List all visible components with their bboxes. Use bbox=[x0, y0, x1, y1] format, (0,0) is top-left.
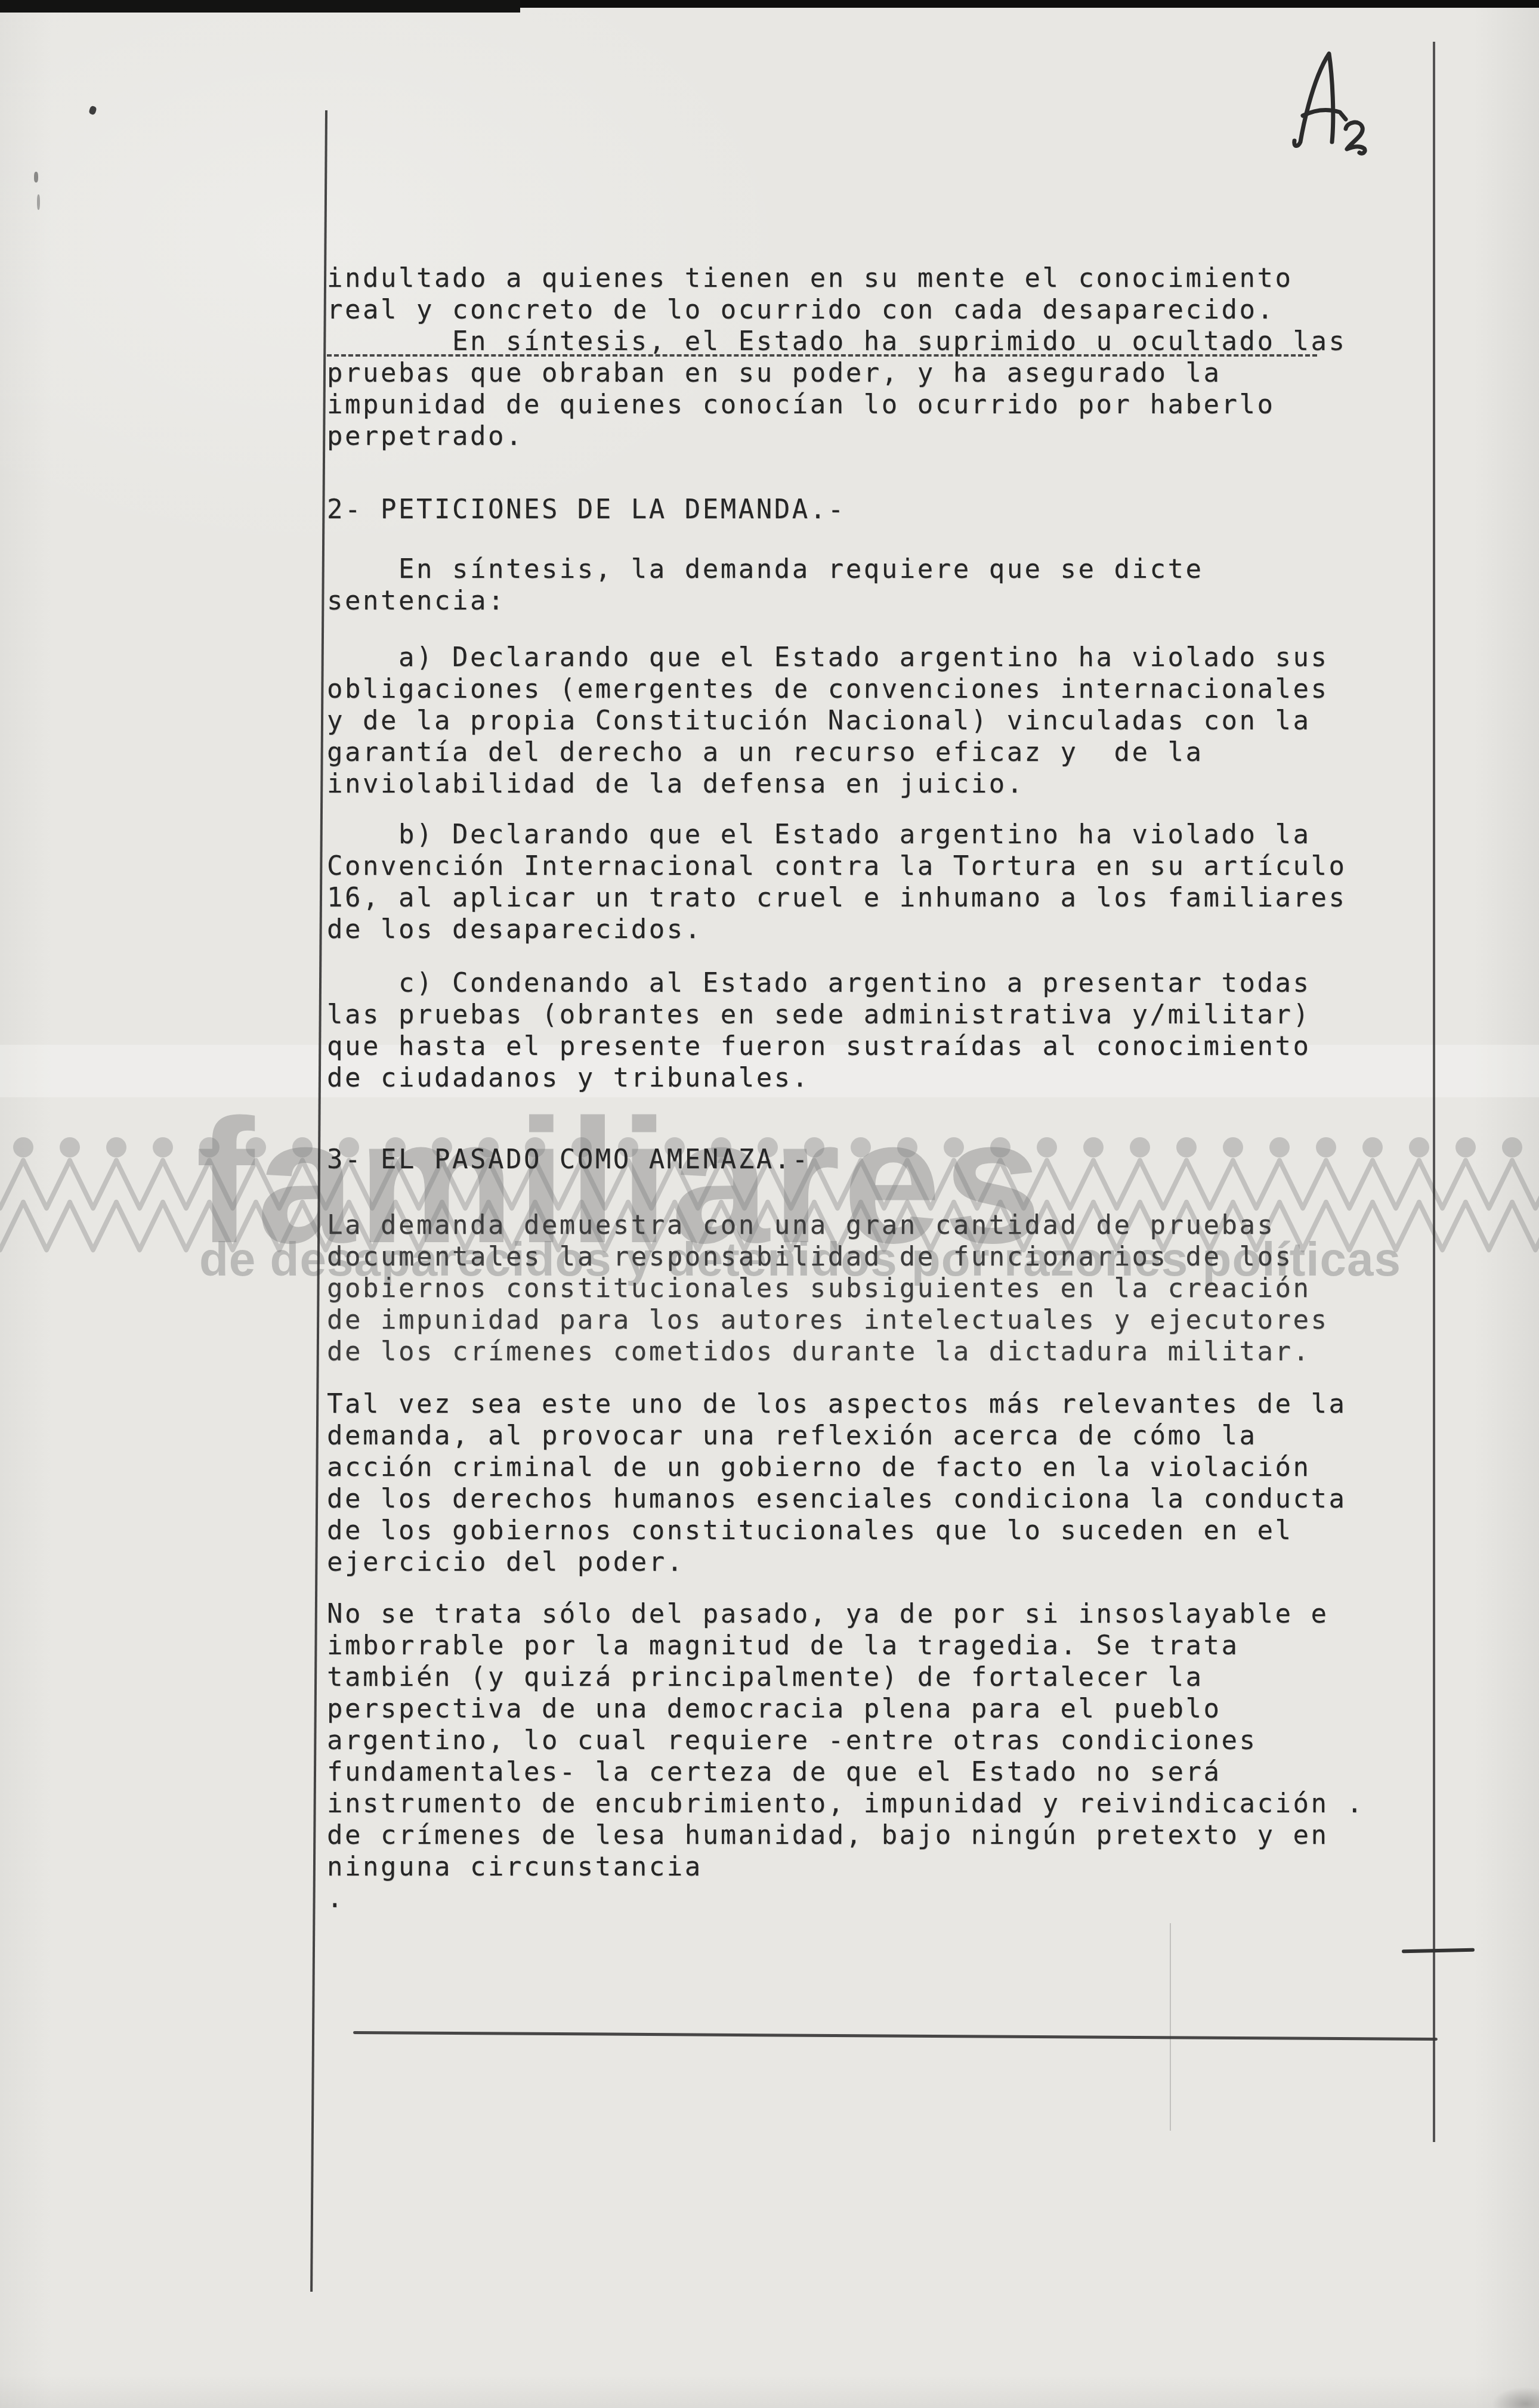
ink-speck bbox=[34, 172, 38, 182]
text-line: imborrable por la magnitud de la tragedi… bbox=[327, 1630, 1364, 1661]
paragraph-item-c: c) Condenando al Estado argentino a pres… bbox=[327, 967, 1311, 1094]
handwritten-mark-a2: A2 bbox=[1277, 47, 1408, 160]
text-line: . bbox=[327, 1883, 1364, 1914]
text-line: de los crímenes cometidos durante la dic… bbox=[327, 1336, 1328, 1367]
ink-speck bbox=[37, 194, 40, 210]
text-line: obligaciones (emergentes de convenciones… bbox=[327, 673, 1328, 705]
text-line: a) Declarando que el Estado argentino ha… bbox=[327, 642, 1328, 673]
text-line: ninguna circunstancia bbox=[327, 1851, 1364, 1883]
text-line: y de la propia Constitución Nacional) vi… bbox=[327, 705, 1328, 736]
text-line: de los desaparecidos. bbox=[327, 914, 1346, 945]
text-line: gobiernos constitucionales subsiguientes… bbox=[327, 1273, 1328, 1304]
text-line: de los derechos humanos esenciales condi… bbox=[327, 1483, 1346, 1515]
text-line: documentales la responsabilidad de funci… bbox=[327, 1241, 1328, 1273]
text-line: real y concreto de lo ocurrido con cada … bbox=[327, 294, 1346, 326]
text-line: inviolabilidad de la defensa en juicio. bbox=[327, 768, 1328, 800]
closing-rule bbox=[353, 2031, 1438, 2041]
text-line: Convención Internacional contra la Tortu… bbox=[327, 850, 1346, 882]
paragraph-item-b: b) Declarando que el Estado argentino ha… bbox=[327, 819, 1346, 945]
text-line: sentencia: bbox=[327, 585, 1204, 617]
text-line: c) Condenando al Estado argentino a pres… bbox=[327, 967, 1311, 999]
text-line: 16, al aplicar un trato cruel e inhumano… bbox=[327, 882, 1346, 914]
text-line: de crímenes de lesa humanidad, bajo ning… bbox=[327, 1819, 1364, 1851]
text-line: instrumento de encubrimiento, impunidad … bbox=[327, 1788, 1364, 1819]
text-line: No se trata sólo del pasado, ya de por s… bbox=[327, 1598, 1364, 1630]
text-line: fundamentales- la certeza de que el Esta… bbox=[327, 1756, 1364, 1788]
text-line: de impunidad para los autores intelectua… bbox=[327, 1304, 1328, 1336]
text-line: también (y quizá principalmente) de fort… bbox=[327, 1661, 1364, 1693]
text-line: pruebas que obraban en su poder, y ha as… bbox=[327, 357, 1346, 389]
ink-speck bbox=[88, 106, 97, 116]
text-line: La demanda demuestra con una gran cantid… bbox=[327, 1209, 1328, 1241]
text-line: de ciudadanos y tribunales. bbox=[327, 1062, 1311, 1094]
paragraph-nose: No se trata sólo del pasado, ya de por s… bbox=[327, 1598, 1364, 1914]
scan-artifact-line bbox=[1170, 1923, 1171, 2131]
text-line: indultado a quienes tienen en su mente e… bbox=[327, 262, 1346, 294]
scanned-document-page: { "colors": { "paper": "#e8e7e3", "ink":… bbox=[0, 0, 1539, 2408]
text-line: En síntesis, el Estado ha suprimido u oc… bbox=[327, 326, 1346, 357]
margin-tick-mark bbox=[1402, 1948, 1475, 1954]
section-heading-3: 3- EL PASADO COMO AMENAZA.- bbox=[327, 1144, 810, 1175]
paragraph-demanda: La demanda demuestra con una gran cantid… bbox=[327, 1209, 1328, 1367]
paragraph-item-a: a) Declarando que el Estado argentino ha… bbox=[327, 642, 1328, 800]
margin-line-right bbox=[1433, 42, 1435, 2142]
scan-edge-bar-left bbox=[0, 0, 520, 13]
paragraph-intro: indultado a quienes tienen en su mente e… bbox=[327, 262, 1346, 452]
text-line: acción criminal de un gobierno de facto … bbox=[327, 1451, 1346, 1483]
text-line: las pruebas (obrantes en sede administra… bbox=[327, 999, 1311, 1030]
dashed-underline-rule bbox=[327, 354, 1317, 357]
text-line: que hasta el presente fueron sustraídas … bbox=[327, 1030, 1311, 1062]
text-line: ejercicio del poder. bbox=[327, 1546, 1346, 1578]
section-heading-2: 2- PETICIONES DE LA DEMANDA.- bbox=[327, 494, 846, 525]
text-line: b) Declarando que el Estado argentino ha… bbox=[327, 819, 1346, 850]
text-line: En síntesis, la demanda requiere que se … bbox=[327, 553, 1204, 585]
text-line: perspectiva de una democracia plena para… bbox=[327, 1693, 1364, 1725]
text-line: argentino, lo cual requiere -entre otras… bbox=[327, 1725, 1364, 1756]
text-line: impunidad de quienes conocían lo ocurrid… bbox=[327, 389, 1346, 420]
text-line: Tal vez sea este uno de los aspectos más… bbox=[327, 1388, 1346, 1420]
text-line: perpetrado. bbox=[327, 420, 1346, 452]
paragraph-talvez: Tal vez sea este uno de los aspectos más… bbox=[327, 1388, 1346, 1578]
paragraph-sintesis: En síntesis, la demanda requiere que se … bbox=[327, 553, 1204, 617]
text-line: de los gobiernos constitucionales que lo… bbox=[327, 1515, 1346, 1546]
text-line: garantía del derecho a un recurso eficaz… bbox=[327, 736, 1328, 768]
scan-corner-shadow bbox=[1450, 2366, 1539, 2408]
text-line: demanda, al provocar una reflexión acerc… bbox=[327, 1420, 1346, 1451]
